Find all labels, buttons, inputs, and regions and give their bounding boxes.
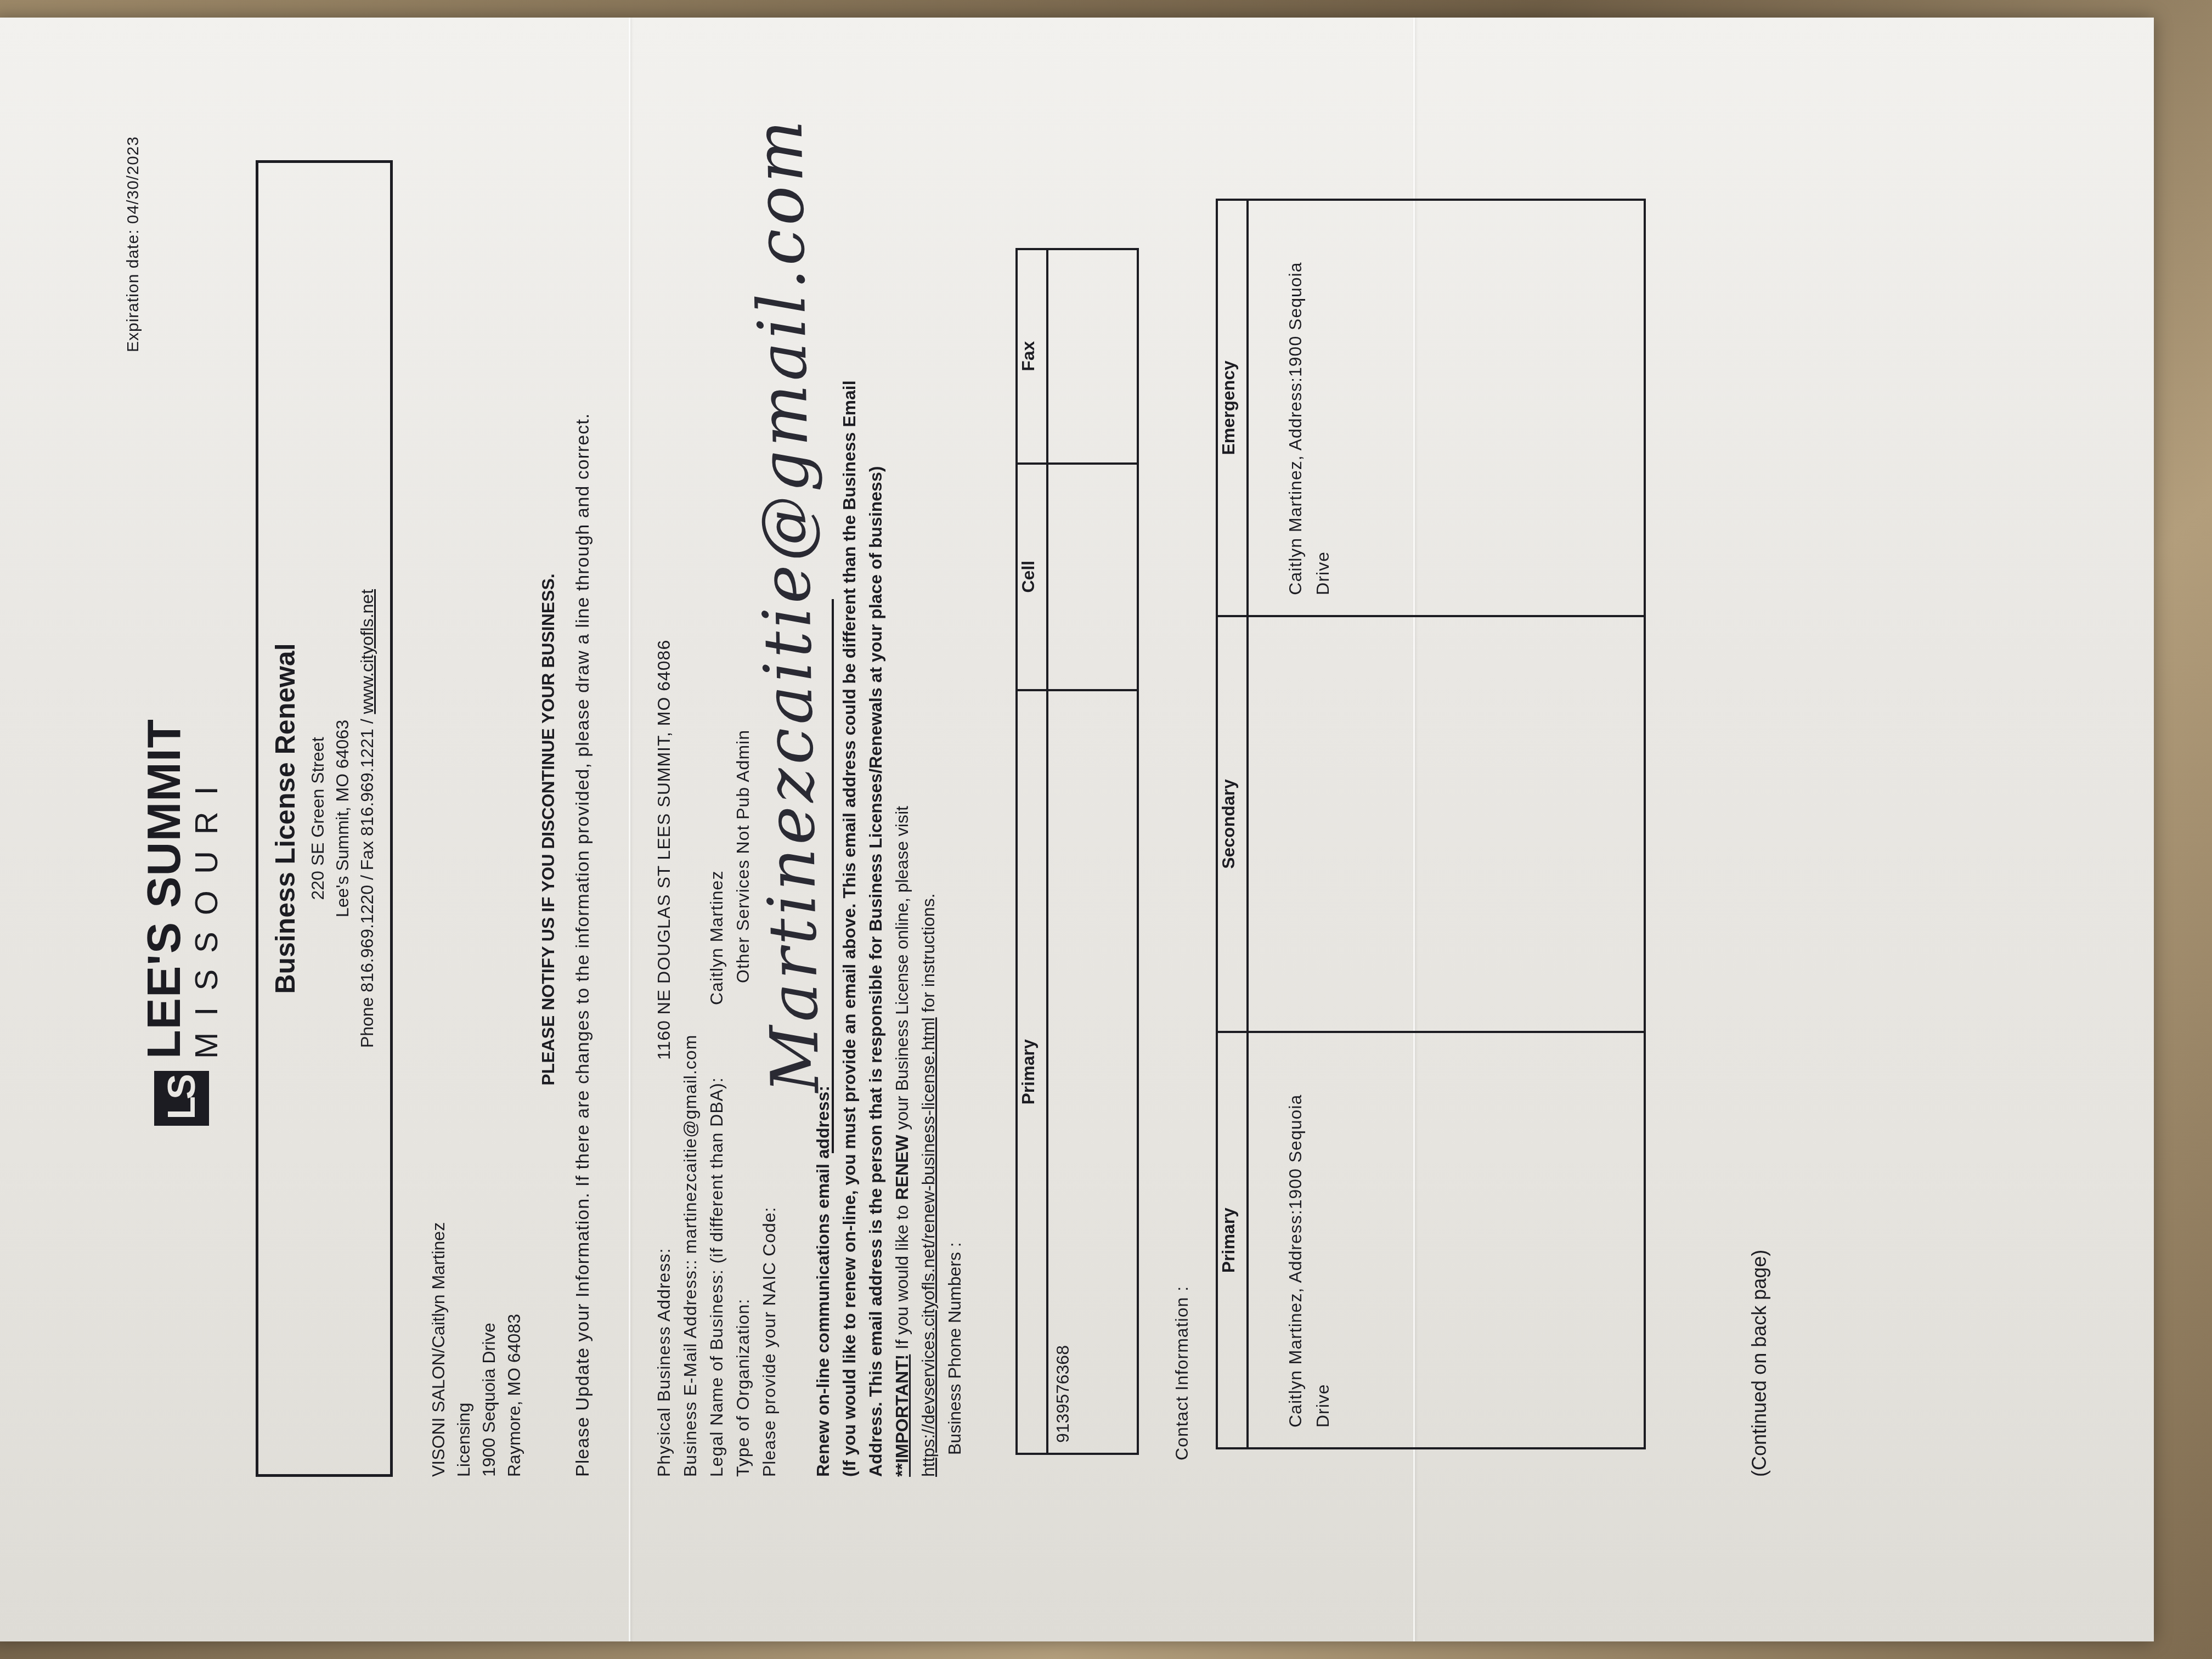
renew-link[interactable]: https://devservices.cityofls.net/renew-b… [918, 1017, 938, 1477]
field-org-type: Type of Organization: Other Services Not… [730, 1035, 756, 1477]
website-link[interactable]: www.cityofls.net [357, 589, 377, 714]
business-fields: Physical Business Address: 1160 NE DOUGL… [651, 1035, 782, 1477]
important-text: If you would like to [892, 1200, 912, 1355]
field-naic-code: Please provide your NAIC Code: [756, 1035, 782, 1477]
link-suffix: for instructions. [918, 893, 938, 1017]
logo-main-text: LEE'S SUMMIT [140, 719, 188, 1059]
contact-emergency-value: Caitlyn Martinez, Address:1900 Sequoia D… [1248, 200, 1645, 616]
field-legal-name: Legal Name of Business: (if different th… [703, 1035, 730, 1477]
phone-section-label: Business Phone Numbers : [941, 149, 968, 1455]
renew-note-2: Address. This email address is the perso… [862, 149, 889, 1477]
important-renew: RENEW [892, 1135, 912, 1200]
recipient-street: 1900 Sequoia Drive [476, 1222, 501, 1477]
contact-table: Primary Secondary Emergency Caitlyn Mart… [1216, 199, 1646, 1449]
field-value: Caitlyn Martinez [703, 871, 730, 1005]
phone-header-primary: Primary [1017, 690, 1047, 1454]
phone-cell-value [1047, 464, 1138, 690]
field-label: Business E-Mail Address:: martinezcaitie… [680, 1035, 700, 1477]
contact-primary-value: Caitlyn Martinez, Address:1900 Sequoia D… [1248, 1032, 1645, 1448]
field-label: Type of Organization: [733, 1299, 753, 1477]
renew-section: Renew on-line communications email addre… [810, 149, 968, 1477]
office-street: 220 SE Green Street [308, 163, 328, 1474]
paper-fold [629, 18, 630, 1641]
phone-header-cell: Cell [1017, 464, 1047, 690]
recipient-address: VISONI SALON/Caitlyn Martinez Licensing … [426, 1222, 527, 1477]
logo-mark-icon: LS [154, 1071, 209, 1126]
field-label: Legal Name of Business: (if different th… [707, 1077, 726, 1477]
important-text: your Business License online, please vis… [892, 806, 912, 1135]
field-value: 1160 NE DOUGLAS ST LEES SUMMIT, MO 64086 [651, 640, 677, 1060]
renew-note-1: (If you would like to renew on-line, you… [836, 149, 862, 1477]
recipient-city: Raymore, MO 64083 [501, 1222, 527, 1477]
renew-email-label: Renew on-line communications email addre… [810, 149, 836, 1477]
contact-header-emergency: Emergency [1217, 200, 1248, 616]
contact-secondary-value [1248, 616, 1645, 1032]
phone-header-fax: Fax [1017, 249, 1047, 464]
discontinue-notice: PLEASE NOTIFY US IF YOU DISCONTINUE YOUR… [538, 18, 558, 1641]
field-email: Business E-Mail Address:: martinezcaitie… [677, 1035, 703, 1477]
recipient-dept: Licensing [451, 1222, 476, 1477]
logo-sub-text: MISSOURI [191, 719, 223, 1059]
document-title: Business License Renewal [269, 163, 301, 1474]
contact-header-primary: Primary [1217, 1032, 1248, 1448]
phone-fax: Phone 816.969.1220 / Fax 816.969.1221 / [357, 714, 377, 1048]
expiration-date: Expiration date: 04/30/2023 [124, 136, 143, 352]
important-notice: **IMPORTANT! If you would like to RENEW … [889, 149, 915, 1477]
field-label: Please provide your NAIC Code: [759, 1207, 779, 1477]
phone-primary-value: 9139576368 [1047, 690, 1138, 1454]
update-instructions: Please Update your Information. If there… [568, 160, 597, 1477]
continued-note: (Continued on back page) [1748, 1250, 1771, 1477]
field-label: Physical Business Address: [654, 1248, 674, 1477]
contact-header-secondary: Secondary [1217, 616, 1248, 1032]
recipient-name: VISONI SALON/Caitlyn Martinez [426, 1222, 451, 1477]
office-city: Lee's Summit, MO 64063 [332, 163, 353, 1474]
contact-section-label: Contact Information : [1172, 1286, 1192, 1460]
phone-fax-value [1047, 249, 1138, 464]
license-renewal-document: Expiration date: 04/30/2023 LS LEE'S SUM… [0, 18, 2154, 1641]
important-label: **IMPORTANT! [892, 1355, 912, 1477]
office-contact: Phone 816.969.1220 / Fax 816.969.1221 / … [357, 163, 377, 1474]
phone-table: Primary Cell Fax 9139576368 [1015, 248, 1139, 1455]
header-box: Business License Renewal 220 SE Green St… [256, 160, 393, 1477]
renew-link-row: https://devservices.cityofls.net/renew-b… [915, 149, 941, 1477]
city-logo: LS LEE'S SUMMIT MISSOURI [140, 719, 223, 1126]
field-physical-address: Physical Business Address: 1160 NE DOUGL… [651, 1035, 677, 1477]
